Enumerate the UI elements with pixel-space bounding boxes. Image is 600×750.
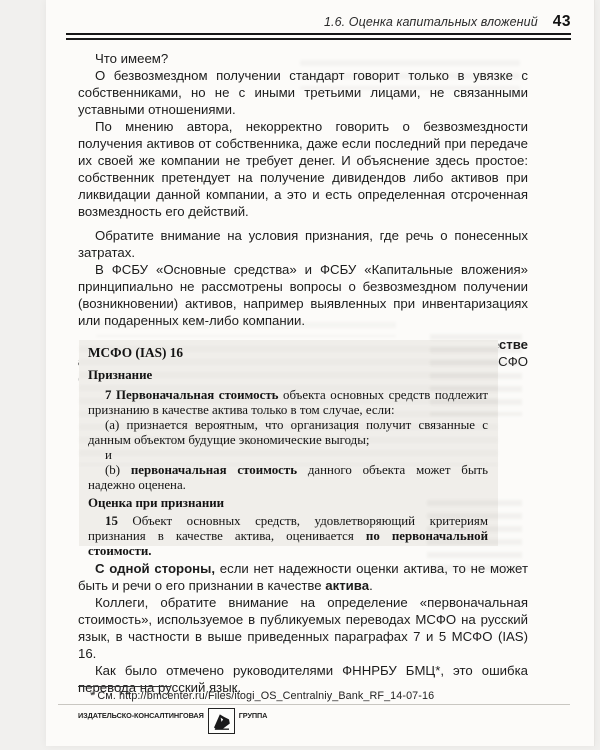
screenshot-root: { "header": { "section_title": "1.6. Оце… [0, 0, 600, 750]
publisher-footer: ИЗДАТЕЛЬСКО-КОНСАЛТИНГОВАЯ ГРУППА [78, 708, 267, 734]
quote-paragraph-7: 7 Первоначальная стоимость объекта основ… [88, 388, 488, 418]
quote-paragraph-15: 15 Объект основных средств, удовлетворяю… [88, 514, 488, 559]
publisher-emblem-icon [208, 708, 235, 734]
quote-title: МСФО (IAS) 16 [88, 345, 488, 360]
book-page: 1.6. Оценка капитальных вложений43 Что и… [46, 0, 595, 746]
footnote-url: * См. http://bmcenter.ru/Files/itogi_OS_… [90, 690, 530, 702]
footer-rule [58, 704, 570, 705]
paragraph-author-opinion: По мнению автора, некорректно говорить о… [78, 118, 528, 220]
one-side-bold: С одной стороны, [95, 561, 215, 576]
page-number: 43 [553, 13, 571, 30]
main-text-block-after: С одной стороны, если нет надежности оце… [78, 560, 528, 696]
ias16-quote-box: МСФО (IAS) 16 Признание 7 Первоначальная… [79, 340, 498, 546]
paragraph-colleagues: Коллеги, обратите внимание на определени… [78, 594, 528, 662]
item-b-bold: первоначальная стоимость [131, 463, 297, 477]
item-b-prefix: (b) [105, 463, 131, 477]
footer-left-label: ИЗДАТЕЛЬСКО-КОНСАЛТИНГОВАЯ [78, 711, 204, 720]
ias16-quote-content: МСФО (IAS) 16 Признание 7 Первоначальная… [79, 340, 498, 559]
footnote-separator-rule [78, 686, 171, 687]
paragraph-what-we-have: Что имеем? [78, 50, 528, 67]
paragraph-one-side: С одной стороны, если нет надежности оце… [78, 560, 528, 594]
main-text-block: Что имеем? О безвозмездном получении ста… [78, 50, 528, 387]
publisher-emblem-glyph [211, 711, 232, 731]
quote-heading-measurement: Оценка при признании [88, 496, 488, 511]
quote-item-a: (a) признается вероятным, что организаци… [88, 418, 488, 448]
section-title: 1.6. Оценка капитальных вложений [324, 15, 538, 29]
one-side-period: . [369, 578, 373, 593]
quote-conjunction: и [88, 448, 488, 463]
running-head: 1.6. Оценка капитальных вложений43 [66, 13, 571, 31]
paragraph-fsbu: В ФСБУ «Основные средства» и ФСБУ «Капит… [78, 261, 528, 329]
quote-heading-recognition: Признание [88, 368, 488, 383]
paragraph-note-recognition: Обратите внимание на условия признания, … [78, 227, 528, 261]
para7-bold: 7 Первоначальная стоимость [105, 388, 278, 402]
para15-number: 15 [105, 514, 118, 528]
footer-right-label: ГРУППА [239, 711, 268, 720]
quote-item-b: (b) первоначальная стоимость данного объ… [88, 463, 488, 493]
paragraph-standard: О безвозмездном получении стандарт говор… [78, 67, 528, 118]
one-side-bold-asset: актива [325, 578, 369, 593]
header-double-rule [66, 33, 571, 40]
